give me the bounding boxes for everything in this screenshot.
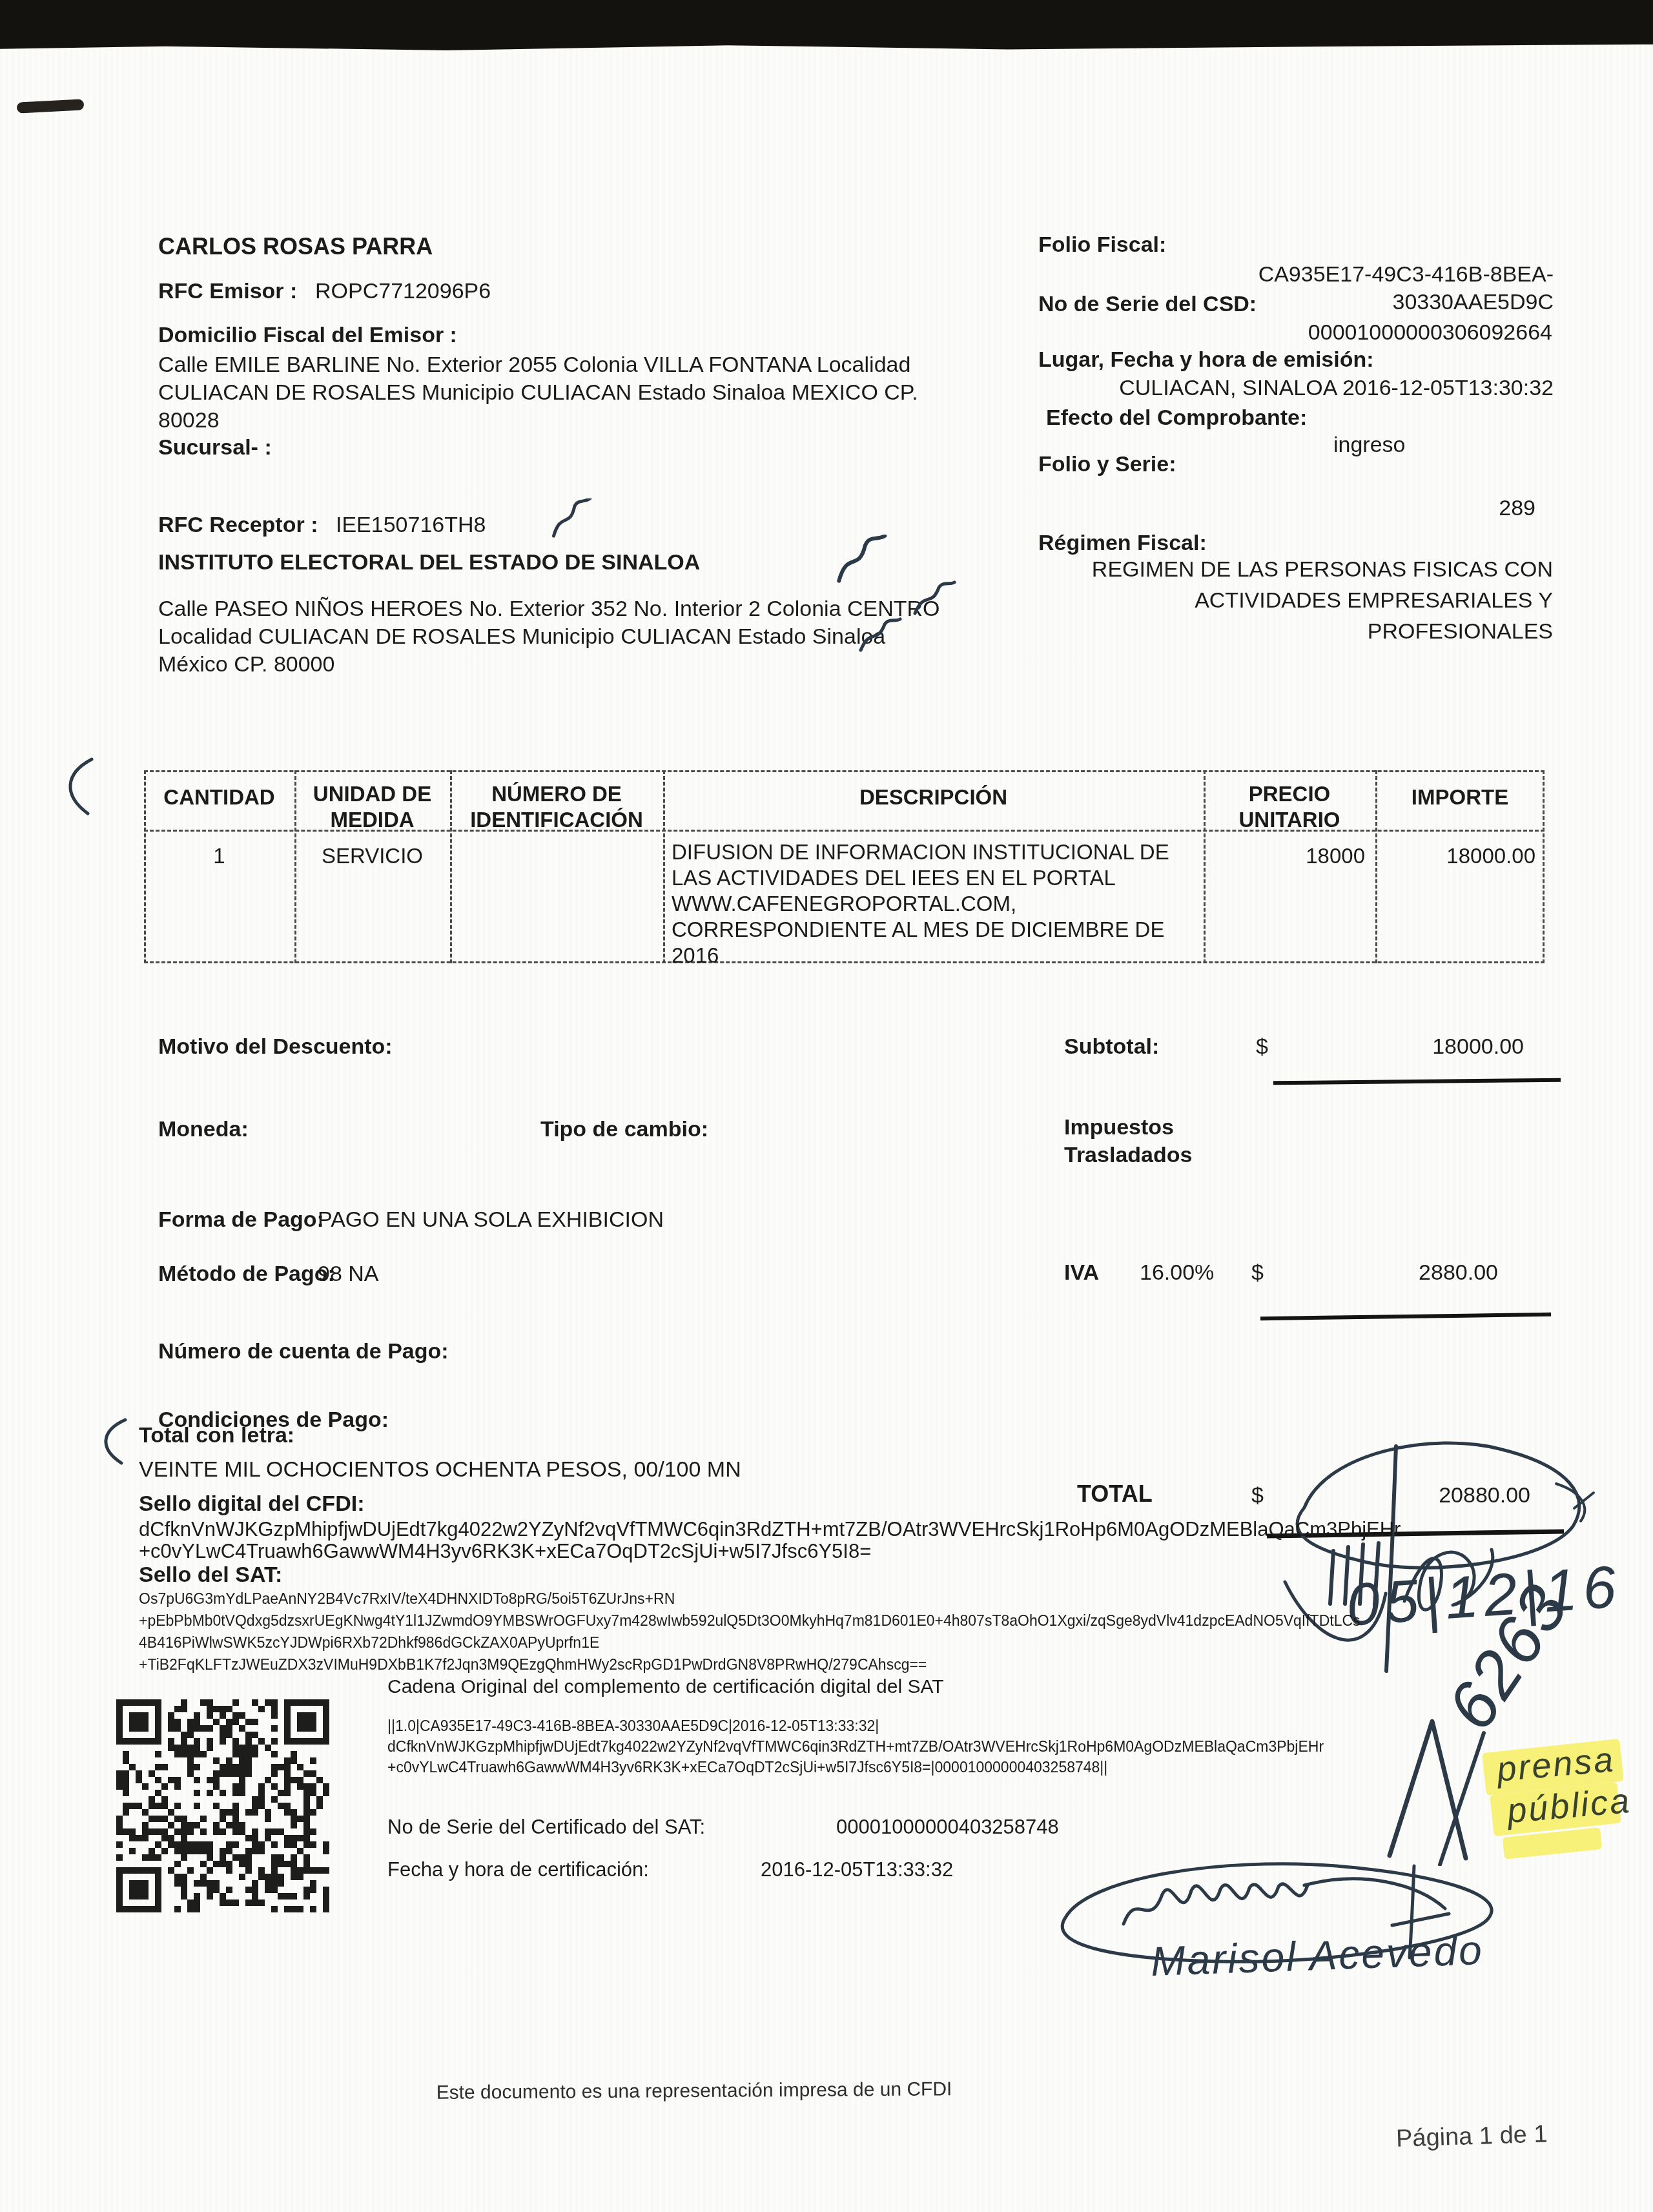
subtotal-label: Subtotal: [1064, 1033, 1159, 1061]
forma-pago: PAGO EN UNA SOLA EXHIBICION [318, 1206, 664, 1234]
receptor-rfc: IEE150716TH8 [336, 511, 486, 539]
forma-pago-label: Forma de Pago: [158, 1206, 324, 1234]
col-header-unidad: UNIDAD DE MEDIDA [294, 781, 450, 833]
pen-tick-icon [832, 535, 890, 585]
col-header-numero: NÚMERO DE IDENTIFICACIÓN [450, 781, 663, 833]
emisor-sucursal-label: Sucursal- : [158, 434, 272, 462]
currency-symbol: $ [1251, 1259, 1264, 1287]
page-number: Página 1 de 1 [1395, 2120, 1548, 2153]
pen-paren-mark [96, 1418, 132, 1466]
col-header-cantidad: CANTIDAD [144, 784, 294, 810]
total-letra: VEINTE MIL OCHOCIENTOS OCHENTA PESOS, 00… [139, 1456, 741, 1484]
metodo-pago-label: Método de Pago: [158, 1260, 335, 1288]
emisor-domicilio: Calle EMILE BARLINE No. Exterior 2055 Co… [158, 351, 946, 435]
receptor-nombre: INSTITUTO ELECTORAL DEL ESTADO DE SINALO… [158, 549, 700, 577]
folio-serie-label: Folio y Serie: [1038, 451, 1176, 478]
cell-importe: 18000.00 [1369, 843, 1535, 869]
efecto-valor: ingreso [1333, 431, 1406, 459]
pen-tick-icon [548, 498, 595, 538]
emisor-nombre: CARLOS ROSAS PARRA [158, 232, 433, 261]
emisor-rfc-label: RFC Emisor : [158, 278, 297, 305]
sello-sat-line: +pEbPbMb0tVQdxg5dzsxrUEgKNwg4tY1l1JZwmdO… [139, 1609, 1605, 1632]
iva-label: IVA [1064, 1259, 1099, 1287]
impuestos-label: Impuestos Trasladados [1064, 1114, 1192, 1169]
col-header-descripcion: DESCRIPCIÓN [663, 784, 1204, 810]
lugar-label: Lugar, Fecha y hora de emisión: [1038, 346, 1374, 374]
efecto-label: Efecto del Comprobante: [1046, 404, 1307, 432]
serie-cert-sat-label: No de Serie del Certificado del SAT: [387, 1816, 705, 1839]
cell-descripcion: DIFUSION DE INFORMACION INSTITUCIONAL DE… [672, 839, 1198, 968]
regimen-fiscal: REGIMEN DE LAS PERSONAS FISICAS CON ACTI… [1065, 554, 1553, 647]
footer-note: Este documento es una representación imp… [362, 2078, 1027, 2104]
emisor-rfc: ROPC7712096P6 [315, 278, 491, 305]
serie-cert-sat: 00001000000403258748 [836, 1816, 1059, 1839]
sello-sat-line: 4B416PiWlwSWK5zcYJDWpi6RXb72Dhkf986dGCkZ… [139, 1631, 1605, 1654]
scanned-cfdi-invoice: CARLOS ROSAS PARRA RFC Emisor : ROPC7712… [0, 0, 1653, 2212]
pen-tick-icon [857, 617, 903, 655]
pen-tick-icon [912, 580, 957, 619]
folio-fiscal-label: Folio Fiscal: [1038, 231, 1166, 259]
subtotal-value: 18000.00 [1304, 1033, 1524, 1061]
cell-cantidad: 1 [144, 843, 294, 869]
cadena-titulo: Cadena Original del complemento de certi… [387, 1676, 944, 1698]
regimen-label: Régimen Fiscal: [1038, 529, 1207, 557]
tipo-cambio-label: Tipo de cambio: [540, 1116, 708, 1143]
sello-sat-line: +TiB2FqKLFTzJWEuZDX3zVIMuH9DXbB1K7f2Jqn3… [139, 1653, 1605, 1676]
currency-symbol: $ [1256, 1033, 1268, 1061]
total-letra-label: Total con letra: [139, 1422, 294, 1449]
col-header-precio: PRECIO UNITARIO [1204, 781, 1375, 833]
col-header-importe: IMPORTE [1375, 784, 1545, 810]
fecha-cert: 2016-12-05T13:33:32 [761, 1858, 953, 1881]
serie-csd: 00001000000306092664 [1291, 319, 1552, 347]
scan-black-band [0, 0, 1653, 50]
moneda-label: Moneda: [158, 1116, 249, 1143]
sello-sat-line: Os7pU6G3mYdLPaeAnNY2B4Vc7RxIV/teX4DHNXID… [139, 1587, 1605, 1610]
iva-rate: 16.00% [1140, 1259, 1214, 1287]
serie-csd-label: No de Serie del CSD: [1038, 291, 1257, 318]
receptor-rfc-label: RFC Receptor : [158, 511, 318, 539]
emisor-domicilio-label: Domicilio Fiscal del Emisor : [158, 322, 457, 349]
sello-cfdi-line: +c0vYLwC4Truawh6GawwWM4H3yv6RK3K+xECa7Oq… [139, 1539, 1643, 1564]
cell-unidad: SERVICIO [294, 843, 450, 869]
iva-value: 2880.00 [1291, 1259, 1498, 1287]
motivo-descuento-label: Motivo del Descuento: [158, 1033, 393, 1061]
metodo-pago: 98 NA [318, 1260, 379, 1288]
iva-underline [1260, 1313, 1551, 1320]
folio-serie: 289 [1421, 495, 1535, 522]
lugar-fecha-emision: CULIACAN, SINALOA 2016-12-05T13:30:32 [1098, 374, 1554, 402]
total-label: TOTAL [1077, 1480, 1153, 1508]
sello-sat-label: Sello del SAT: [139, 1561, 282, 1589]
sello-cfdi-label: Sello digital del CFDI: [139, 1490, 364, 1518]
fecha-cert-label: Fecha y hora de certificación: [387, 1858, 649, 1881]
qr-code [116, 1699, 336, 1919]
subtotal-underline [1273, 1078, 1561, 1085]
scan-artifact-mark [17, 99, 85, 113]
cuenta-pago-label: Número de cuenta de Pago: [158, 1338, 449, 1366]
sello-cfdi-line: dCfknVnWJKGzpMhipfjwDUjEdt7kg4022w2YZyNf… [139, 1517, 1643, 1542]
pen-paren-mark [58, 757, 99, 816]
cell-precio-unitario: 18000 [1204, 843, 1365, 869]
